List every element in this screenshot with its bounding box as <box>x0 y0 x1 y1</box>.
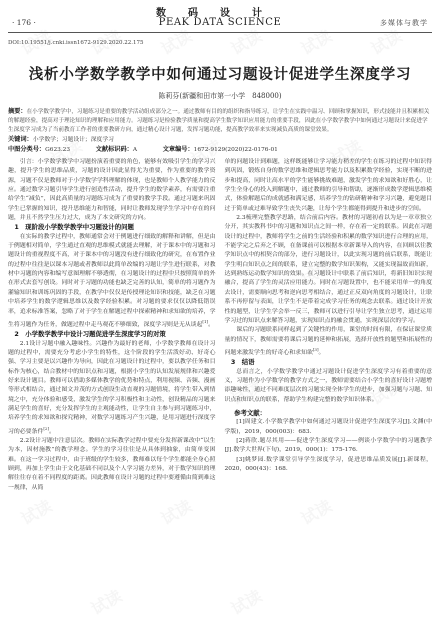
body-columns: 引言：小学数学教学中习题扮演着重要的角色，能够有效吸引学生的学习兴趣，提升学生的… <box>8 158 432 493</box>
reference-item: [1]周建文.小学数学教学中如何通过习题设计促进学生深度学习[J].文渊(中学版… <box>225 418 433 437</box>
after-class-paragraph: 课后的习题联系同样起到了关键性的作用，课堂的时间有限，在保证课堂质量的情况下，教… <box>225 326 433 358</box>
keywords-label: 关键词： <box>8 136 33 143</box>
section-tag: 多媒体与教学 <box>380 18 428 28</box>
section-3-heading: 3 结语 <box>225 358 433 367</box>
watermark-text: 试读 <box>156 494 195 530</box>
after-class-text: 课后的习题联系同样起到了关键性的作用，课堂的时间有限，在保证课堂质量的情况下，教… <box>225 327 433 356</box>
section-1-heading: 1 现阶段小学数学教学中习题设计的问题 <box>8 223 216 232</box>
keywords-text: 小学数学；习题设计；深度学习 <box>33 137 114 143</box>
citation-1: [1] <box>202 319 208 324</box>
journal-page: · 176 · 数码设计 PEAK DATA SCIENCE 多媒体与教学 DO… <box>0 0 440 493</box>
section-2-heading: 2 小学数学教学中设计习题促进学生深度学习的对策 <box>8 330 216 339</box>
references-title: 参考文献： <box>225 409 433 418</box>
abstract-label: 摘要： <box>8 108 27 115</box>
section-2-2-paragraph: 2.2设计习题中注意层次。教师在实际教学过程中要充分发挥新课改中“以生为本，因材… <box>8 437 216 493</box>
doc-code-label: 文献标识码： <box>96 146 133 153</box>
watermark-text: 试读 <box>296 494 335 530</box>
article-number-value: 1672-9129(2020)22-0176-01 <box>194 147 278 153</box>
watermark-text: 试读 <box>226 584 265 620</box>
article-title: 浅析小学数学教学中如何通过习题设计促进学生深度学习 <box>8 63 432 84</box>
watermark-text: 试读 <box>16 494 55 530</box>
doc-code-value: A <box>133 147 137 153</box>
reference-item: [3]姚梦园.数学课堂引导学生深度学习，促进思维品质发展[J].新课程，2020… <box>225 456 433 475</box>
section-2-2-continued: 单的问题设计到难题，这样既能够让学习能力稍差的学生在练习的过程中知识得到巩固，锻… <box>225 158 433 214</box>
conclusion-paragraph: 总而言之，小学数学教学中通过习题设计促进学生深度学习有着重要的意义，习题作为小学… <box>225 368 433 405</box>
citation-2: [2] <box>43 426 49 431</box>
author-affiliation: 陈莉芬(新疆和田市第一小学 848000) <box>8 91 432 101</box>
section-2-3-paragraph: 2.3梳理完整教学思路，结合前后内容。教材的习题初看以为是一章章独立分开，其实教… <box>225 214 433 326</box>
section-1-text: 在实际的教学过程中，教师通常会对于例题进行细致的解释和讲解，但是由于例题相对简单… <box>8 234 216 328</box>
clc-value: G623.23 <box>45 147 70 153</box>
article-number-label: 文章编号： <box>163 146 194 153</box>
left-column: 引言：小学数学教学中习题扮演着重要的角色，能够有效吸引学生的学习兴趣，提升学生的… <box>8 158 216 493</box>
section-2-1-paragraph: 2.1设计习题中融入趣味性。兴趣作为最好的老师，小学数学教师在设计习题的过程中，… <box>8 340 216 437</box>
citation-3: [3] <box>313 347 319 352</box>
classification-line: 中图分类号：G623.23 文献标识码：A 文章编号：1672-9129(202… <box>8 145 432 155</box>
journal-title-en: PEAK DATA SCIENCE <box>8 17 432 28</box>
section-1-paragraph: 在实际的教学过程中，教师通常会对于例题进行细致的解释和讲解，但是由于例题相对简单… <box>8 233 216 330</box>
section-2-1-text: 2.1设计习题中融入趣味性。兴趣作为最好的老师，小学数学教师在设计习题的过程中，… <box>8 341 216 435</box>
abstract: 摘要：在小学数学教学中，习题练习是重要的教学活动组成部分之一。通过教师有目的的组… <box>8 107 432 135</box>
intro-paragraph: 引言：小学数学教学中习题扮演着重要的角色，能够有效吸引学生的学习兴趣，提升学生的… <box>8 158 216 223</box>
reference-item: [2]蒋欣.题尽其用——促进学生深度学习——例谈小学数学中的习题教学[J].数学… <box>225 437 433 456</box>
abstract-text: 在小学数学教学中，习题练习是重要的教学活动组成部分之一。通过教师有目的的组织和指… <box>8 109 429 133</box>
doi: DOI:10.19551/j.cnki.issn1672-9129.2020.2… <box>8 40 432 46</box>
watermark-text: 试读 <box>86 584 125 620</box>
running-header: · 176 · 数码设计 PEAK DATA SCIENCE 多媒体与教学 <box>8 0 432 33</box>
keywords: 关键词：小学数学；习题设计；深度学习 <box>8 135 432 145</box>
clc-label: 中图分类号： <box>8 146 45 153</box>
right-column: 单的问题设计到难题，这样既能够让学习能力稍差的学生在练习的过程中知识得到巩固，锻… <box>225 158 433 493</box>
